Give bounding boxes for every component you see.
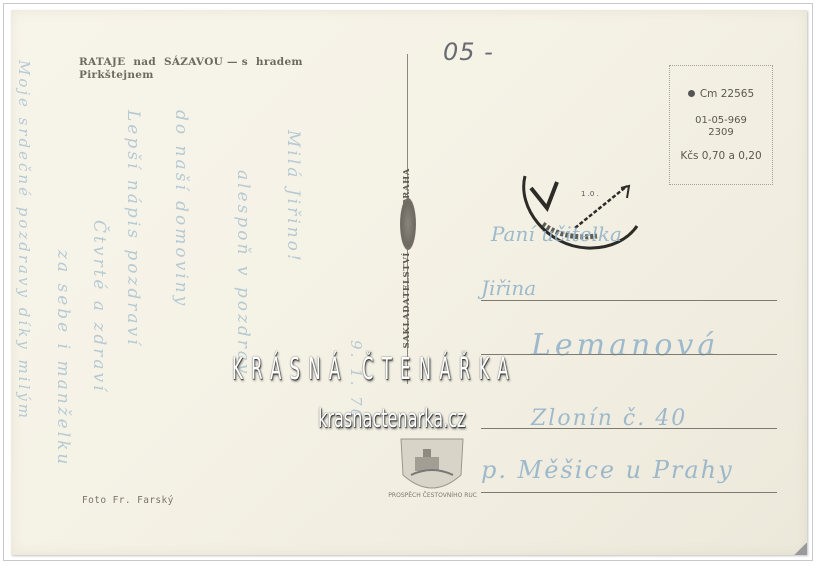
caption-line-2: Pirkštejnem (79, 69, 303, 82)
bullet-dot-icon (688, 90, 695, 97)
address-rule (481, 354, 777, 355)
publisher-name: SAKLADATELSTVÍ (402, 252, 412, 348)
address-line-1: Paní učitelka (491, 222, 622, 246)
message-line: za sebe i manželku (53, 250, 73, 510)
message-line: alespoň v pozdrav (233, 170, 253, 490)
watermark-title: KRÁSNÁ ČTENÁŘKA (232, 352, 425, 387)
svg-text:1 .0 .: 1 .0 . (581, 190, 599, 198)
message-line: Moje srdečné pozdravy díky milým (15, 60, 33, 530)
tourism-emblem-icon: NE PROSPĚCH ČESTOVNÍHO RUCHU (387, 435, 477, 503)
postcard-caption: RATAJE nad SÁZAVOU — s hradem Pirkštejne… (79, 56, 303, 82)
photo-credit: Foto Fr. Farský (82, 495, 174, 506)
stamp-code: 01-05-969 2309 (670, 115, 772, 139)
handwritten-number: 05 - (443, 38, 494, 66)
code-line-2: 2309 (670, 127, 772, 139)
address-rule (481, 428, 777, 429)
message-line: Lepší nápis pozdraví (123, 110, 143, 490)
catalog-number: Cm 22565 (700, 88, 754, 100)
address-line-3: Lemanová (531, 328, 719, 363)
svg-text:NE PROSPĚCH ČESTOVNÍHO RUCHU: NE PROSPĚCH ČESTOVNÍHO RUCHU (387, 491, 477, 499)
code-line-1: 01-05-969 (670, 115, 772, 127)
publisher-logo-icon (400, 198, 416, 250)
address-line-5: p. Měšice u Prahy (481, 456, 734, 484)
stamp-price: Kčs 0,70 a 0,20 (670, 150, 772, 162)
postcard-back: RATAJE nad SÁZAVOU — s hradem Pirkštejne… (11, 10, 807, 555)
address-line-2: Jiřina (481, 276, 536, 300)
message-line: Čtvrté a zdraví (89, 220, 109, 520)
stamp-box: Cm 22565 01-05-969 2309 Kčs 0,70 a 0,20 (669, 65, 773, 185)
caption-line-1: RATAJE nad SÁZAVOU — s hradem (79, 56, 303, 69)
stamp-catalog: Cm 22565 (670, 88, 772, 100)
message-line: do naší domoviny (171, 110, 191, 490)
watermark-url[interactable]: krasnactenarka.cz (318, 404, 479, 434)
address-rule (481, 492, 777, 493)
message-line: Milá Jiřino! (283, 130, 303, 380)
address-rule (481, 300, 777, 301)
